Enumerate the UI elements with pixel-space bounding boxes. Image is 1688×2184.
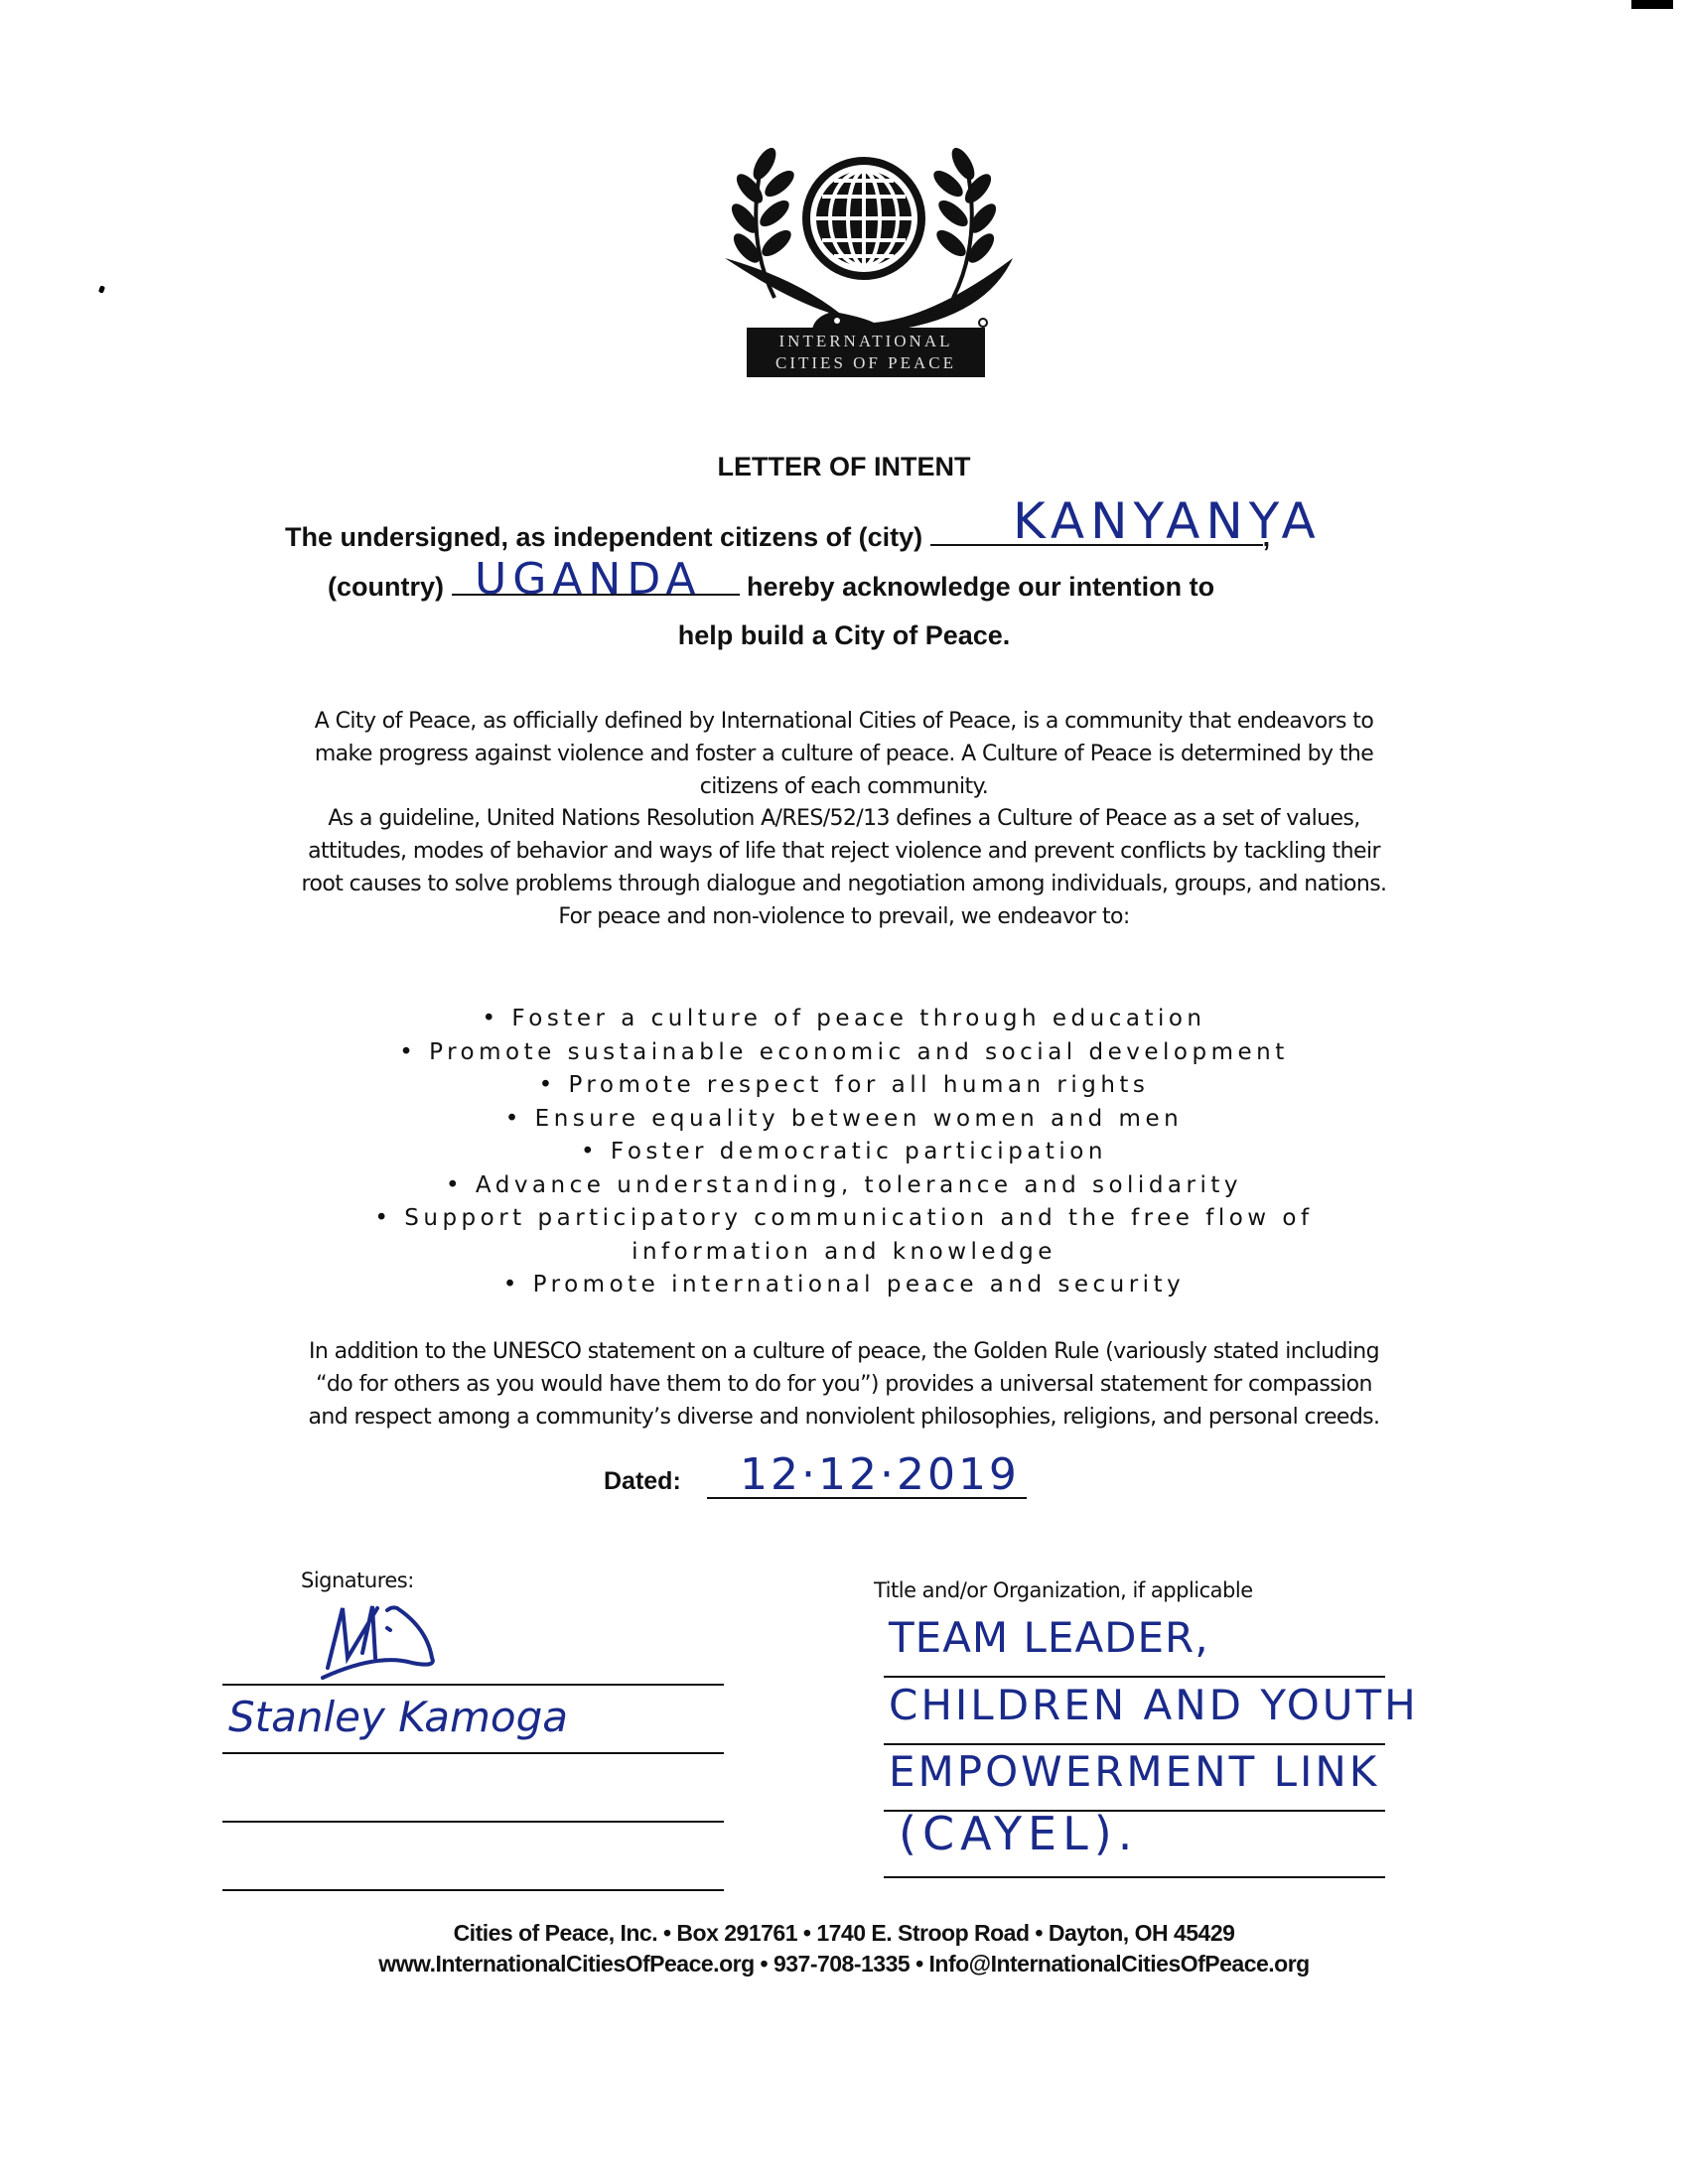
title-entry: (CAYEL). (899, 1807, 1138, 1860)
list-item: • Support participatory communication an… (0, 1202, 1688, 1236)
country-label: (country) (328, 572, 444, 602)
list-item: • Foster a culture of peace through educ… (0, 1003, 1688, 1036)
title-entry: CHILDREN AND YOUTH (889, 1681, 1419, 1729)
logo-text-line1: INTERNATIONAL (747, 331, 985, 352)
paragraph-golden-rule: In addition to the UNESCO statement on a… (0, 1335, 1688, 1433)
paragraph-line: For peace and non-violence to prevail, w… (0, 900, 1688, 933)
title-line-2[interactable] (884, 1743, 1385, 1745)
title-line-4[interactable] (884, 1876, 1385, 1878)
intro-line-3: help build a City of Peace. (0, 620, 1688, 651)
footer-address: Cities of Peace, Inc. • Box 291761 • 174… (0, 1918, 1688, 1948)
paragraph-line: “do for others as you would have them to… (0, 1368, 1688, 1401)
list-item: • Promote respect for all human rights (0, 1069, 1688, 1103)
paragraph-definition: A City of Peace, as officially defined b… (0, 705, 1688, 803)
signature-line-3[interactable] (222, 1821, 724, 1823)
paragraph-line: and respect among a community’s diverse … (0, 1401, 1688, 1433)
footer-contact: www.InternationalCitiesOfPeace.org • 937… (0, 1949, 1688, 1979)
paragraph-guideline: As a guideline, United Nations Resolutio… (0, 802, 1688, 933)
title-entry: EMPOWERMENT LINK (889, 1747, 1379, 1796)
paragraph-line: root causes to solve problems through di… (0, 868, 1688, 900)
title-entry: TEAM LEADER, (889, 1613, 1209, 1662)
signature-line-4[interactable] (222, 1889, 724, 1891)
list-item: • Ensure equality between women and men (0, 1103, 1688, 1137)
title-line-1[interactable] (884, 1676, 1385, 1678)
paragraph-line: make progress against violence and foste… (0, 738, 1688, 770)
page-title: LETTER OF INTENT (0, 452, 1688, 482)
intro-text: The undersigned, as independent citizens… (285, 522, 922, 552)
list-item: information and knowledge (0, 1236, 1688, 1270)
logo-text-line2: CITIES OF PEACE (747, 352, 985, 374)
dove-globe-laurel-icon (685, 119, 1053, 338)
list-item: • Advance understanding, tolerance and s… (0, 1169, 1688, 1203)
list-item: • Promote international peace and securi… (0, 1269, 1688, 1302)
paragraph-line: citizens of each community. (0, 770, 1688, 803)
date-value: 12·12·2019 (740, 1449, 1020, 1500)
paragraph-line: As a guideline, United Nations Resolutio… (0, 802, 1688, 835)
city-value: KANYANYA (1013, 492, 1322, 550)
signature-line-1[interactable] (222, 1684, 724, 1686)
organization-logo: INTERNATIONAL CITIES OF PEACE (685, 119, 953, 382)
signatures-label: Signatures: (301, 1569, 414, 1592)
values-list: • Foster a culture of peace through educ… (0, 1003, 1688, 1302)
paragraph-line: In addition to the UNESCO statement on a… (0, 1335, 1688, 1368)
scan-artifact (1631, 0, 1673, 9)
signature-name: Stanley Kamoga (228, 1693, 568, 1741)
logo-plate: INTERNATIONAL CITIES OF PEACE (747, 328, 985, 377)
signature-scribble (318, 1598, 496, 1688)
intro-text-2: hereby acknowledge our intention to (747, 572, 1214, 602)
scan-artifact (98, 285, 105, 293)
dated-label: Dated: (604, 1467, 681, 1496)
paragraph-line: A City of Peace, as officially defined b… (0, 705, 1688, 738)
intro-line-2: (country) hereby acknowledge our intenti… (328, 568, 1214, 603)
list-item: • Promote sustainable economic and socia… (0, 1036, 1688, 1070)
signature-line-2[interactable] (222, 1752, 724, 1754)
country-value: UGANDA (475, 554, 702, 605)
list-item: • Foster democratic participation (0, 1136, 1688, 1169)
paragraph-line: attitudes, modes of behavior and ways of… (0, 835, 1688, 868)
title-org-label: Title and/or Organization, if applicable (874, 1578, 1253, 1602)
